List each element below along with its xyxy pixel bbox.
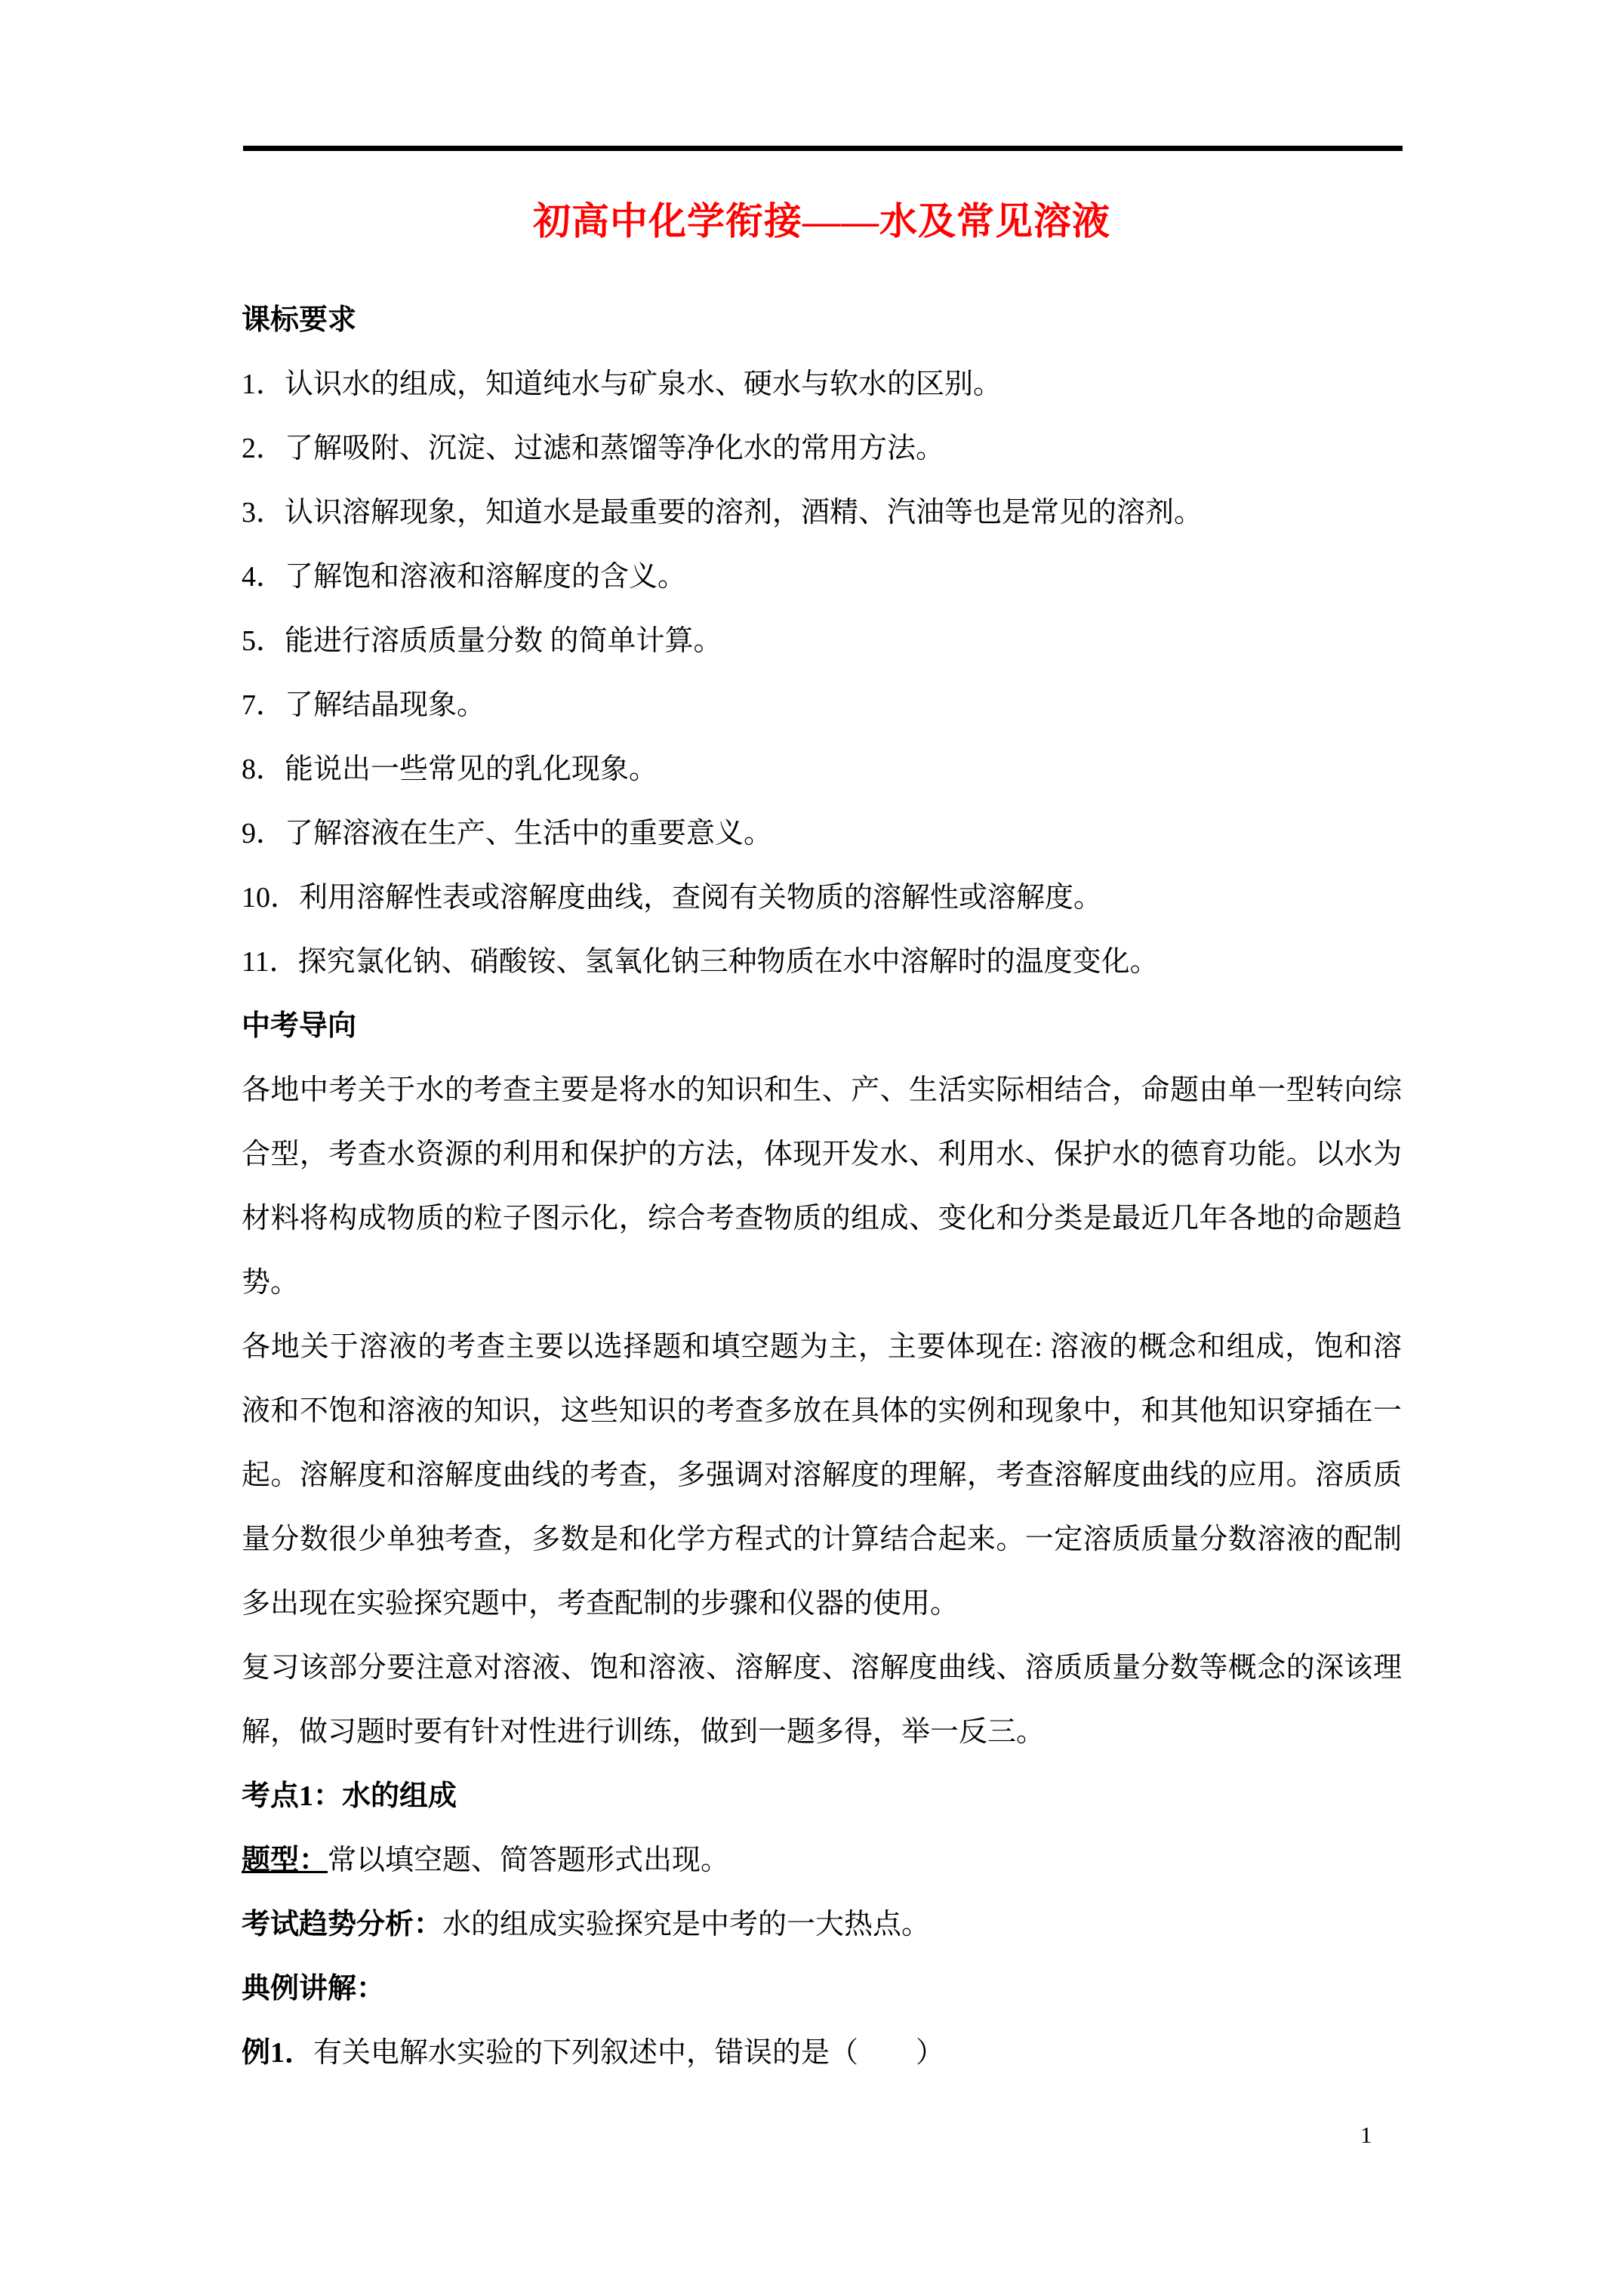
curriculum-item: 9．了解溶液在生产、生活中的重要意义。 — [242, 802, 1402, 866]
curriculum-item: 5．能进行溶质质量分数 的简单计算。 — [242, 609, 1402, 673]
exam-guidance-paragraph: 各地中考关于水的考查主要是将水的知识和生、产、生活实际相结合，命题由单一型转向综… — [242, 1059, 1402, 1315]
heading-zhongkao-daoxiang: 中考导向 — [242, 994, 1402, 1059]
heading-curriculum: 课标要求 — [242, 288, 1402, 353]
exam-trend-label: 考试趋势分析： — [242, 1909, 442, 1940]
example-1-line: 例1．有关电解水实验的下列叙述中，错误的是（ ） — [242, 2021, 1402, 2085]
header-rule — [243, 146, 1403, 151]
curriculum-item: 4．了解饱和溶液和溶解度的含义。 — [242, 545, 1402, 609]
document-page: 初高中化学衔接——水及常见溶液 课标要求 1．认识水的组成，知道纯水与矿泉水、硬… — [0, 0, 1623, 2296]
question-type-line: 题型：常以填空题、简答题形式出现。 — [242, 1829, 1402, 1893]
curriculum-item: 11．探究氯化钠、硝酸铵、氢氧化钠三种物质在水中溶解时的温度变化。 — [242, 930, 1402, 994]
page-number: 1 — [1360, 2113, 1372, 2158]
example-1-text: 有关电解水实验的下列叙述中，错误的是（ ） — [313, 2037, 944, 2069]
exam-trend-text: 水的组成实验探究是中考的一大热点。 — [442, 1909, 930, 1940]
exam-trend-line: 考试趋势分析：水的组成实验探究是中考的一大热点。 — [242, 1893, 1402, 1957]
question-type-text: 常以填空题、简答题形式出现。 — [328, 1845, 729, 1876]
heading-dianli-jiangjie: 典例讲解： — [242, 1957, 1402, 2021]
document-title: 初高中化学衔接——水及常见溶液 — [242, 181, 1402, 261]
exam-guidance-paragraph: 各地关于溶液的考查主要以选择题和填空题为主，主要体现在: 溶液的概念和组成，饱和… — [242, 1315, 1402, 1636]
curriculum-item: 8．能说出一些常见的乳化现象。 — [242, 738, 1402, 802]
document-content: 初高中化学衔接——水及常见溶液 课标要求 1．认识水的组成，知道纯水与矿泉水、硬… — [242, 181, 1402, 2085]
heading-kaodian-1: 考点1：水的组成 — [242, 1764, 1402, 1829]
curriculum-item: 10．利用溶解性表或溶解度曲线，查阅有关物质的溶解性或溶解度。 — [242, 866, 1402, 930]
exam-guidance-paragraph: 复习该部分要注意对溶液、饱和溶液、溶解度、溶解度曲线、溶质质量分数等概念的深该理… — [242, 1636, 1402, 1764]
curriculum-item: 2．了解吸附、沉淀、过滤和蒸馏等净化水的常用方法。 — [242, 417, 1402, 481]
curriculum-item: 3．认识溶解现象，知道水是最重要的溶剂，酒精、汽油等也是常见的溶剂。 — [242, 481, 1402, 545]
curriculum-item: 1．认识水的组成，知道纯水与矿泉水、硬水与软水的区别。 — [242, 353, 1402, 417]
example-1-label: 例1． — [242, 2037, 313, 2069]
question-type-label: 题型： — [242, 1845, 328, 1876]
curriculum-item: 7．了解结晶现象。 — [242, 673, 1402, 738]
